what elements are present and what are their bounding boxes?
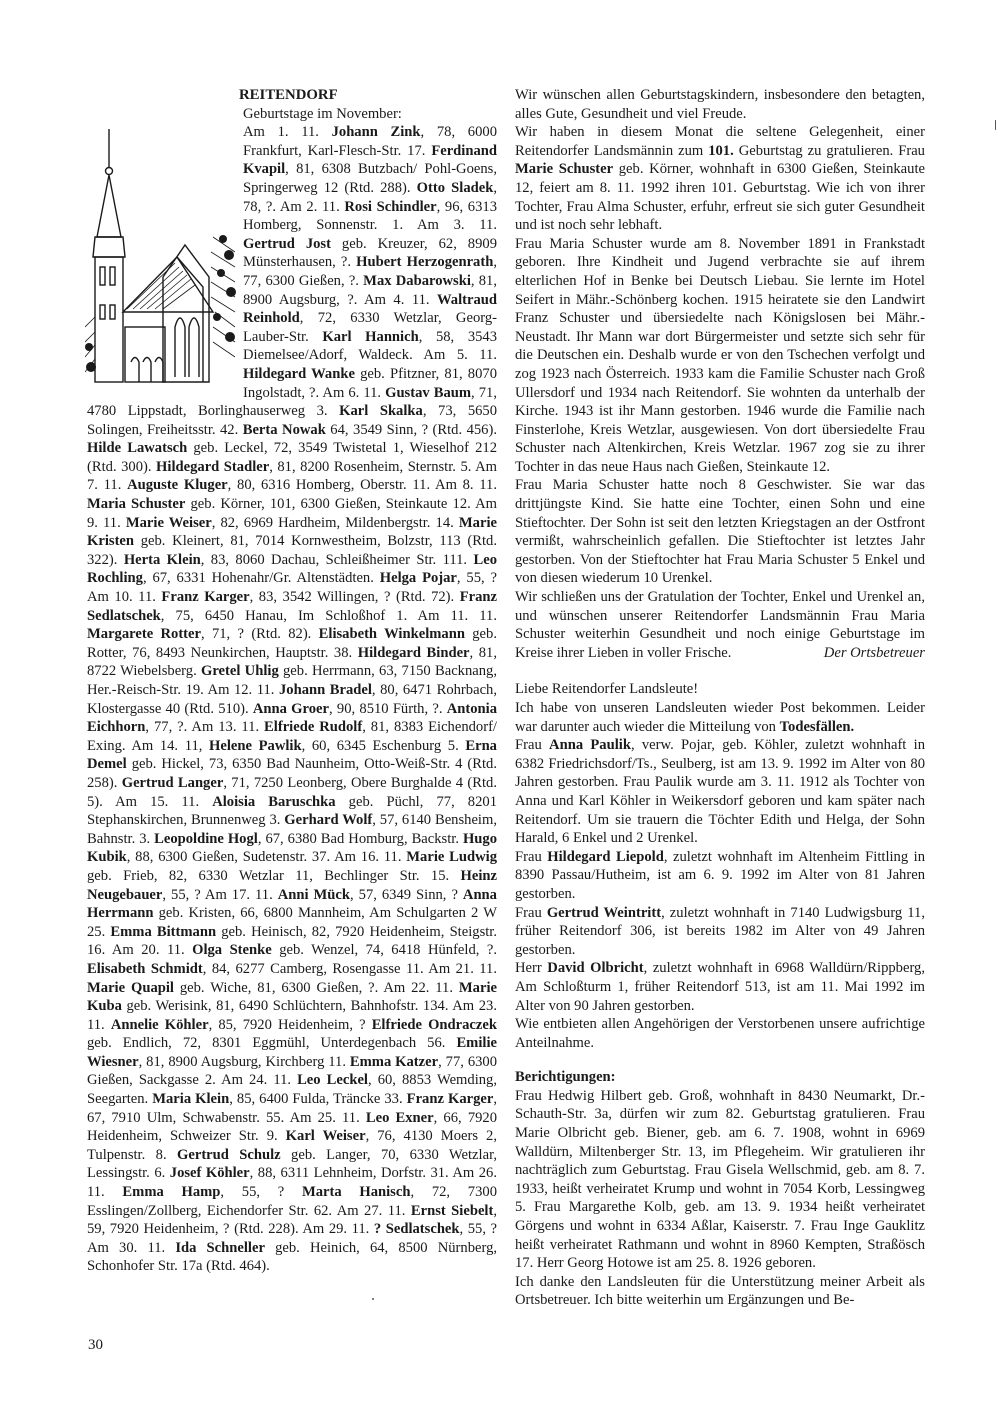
bold-name: Hildegard Wanke	[243, 366, 355, 382]
bold-name: Margarete Rotter	[87, 626, 201, 642]
page-number: 30	[88, 1337, 103, 1354]
bold-name: Todesfällen.	[780, 719, 854, 735]
bold-name: Elisabeth Winkelmann	[319, 626, 465, 642]
right-column: Wir wünschen allen Geburtstagskindern, i…	[515, 86, 925, 1310]
bold-name: Rosi Schindler	[344, 199, 436, 215]
bold-name: Gertrud Schulz	[177, 1147, 281, 1163]
bold-name: Hubert Herzogenrath	[356, 254, 493, 270]
text-run: Liebe Reitendorfer Landsleute!	[515, 681, 698, 697]
bold-name: Hildegard Stadler	[156, 459, 269, 475]
bold-name: Josef Köhler	[170, 1165, 250, 1181]
bold-name: Marta Hanisch	[302, 1184, 411, 1200]
condolences-section: Liebe Reitendorfer Landsleute! Ich habe …	[515, 680, 925, 1052]
paragraph: Herr David Olbricht, zuletzt wohnhaft in…	[515, 959, 925, 1015]
bold-name: Karl Weiser	[286, 1128, 366, 1144]
text-run: geb. Frieb, 82, 6330 Wetzlar 11, Bechlin…	[87, 868, 461, 884]
birthdays-intro: Geburtstage im November:	[87, 105, 497, 124]
bold-name: Emma Hamp	[122, 1184, 220, 1200]
text-run: , 84, 6277 Camberg, Rosengasse 11. Am 21…	[203, 961, 497, 977]
bold-name: Helga Pojar	[380, 570, 457, 586]
bold-name: Elfriede Ondraczek	[372, 1017, 497, 1033]
text-run: Frau Maria Schuster wurde am 8. November…	[515, 236, 925, 475]
paragraph: Frau Gertrud Weintritt, zuletzt wohnhaft…	[515, 904, 925, 960]
bold-name: 101.	[708, 143, 734, 159]
bold-name: Maria Klein	[152, 1091, 229, 1107]
text-run: , 67, 6331 Hohenahr/Gr. Altenstädten.	[143, 570, 380, 586]
bold-name: Olga Stenke	[192, 942, 272, 958]
bold-name: Ernst Siebelt	[411, 1203, 493, 1219]
text-run: Geburtstag zu gratulieren. Frau	[734, 143, 925, 159]
text-run: , 55, ? Am 17. 11.	[162, 887, 277, 903]
paragraph: Frau Hedwig Hilbert geb. Groß, wohnhaft …	[515, 1087, 925, 1273]
text-run: 64, 3549 Sinn, ? (Rtd. 456).	[326, 422, 497, 438]
text-run: Frau Hedwig Hilbert geb. Groß, wohnhaft …	[515, 1088, 925, 1271]
text-run: Ich habe von unseren Landsleuten wieder …	[515, 700, 925, 735]
text-run: Frau	[515, 849, 547, 865]
bold-name: Ida Schneller	[175, 1240, 265, 1256]
text-run: , 81, 8900 Augsburg, Kirchberg 11.	[139, 1054, 350, 1070]
bold-name: Gertrud Weintritt	[547, 905, 661, 921]
text-run: , 90, 8510 Fürth, ?.	[329, 701, 447, 717]
text-run: , 85, 7920 Heidenheim, ?	[209, 1017, 372, 1033]
left-column: REITENDORF	[87, 86, 497, 1276]
bold-name: Johann Bradel	[279, 682, 372, 698]
bold-name: Hildegard Liepold	[547, 849, 664, 865]
text-run: , 67, 6380 Bad Homburg, Backstr.	[258, 831, 463, 847]
bold-name: Berta Nowak	[243, 422, 326, 438]
bold-name: Karl Skalka	[339, 403, 423, 419]
section-heading: REITENDORF	[239, 86, 497, 105]
paragraph: Frau Hildegard Liepold, zuletzt wohnhaft…	[515, 848, 925, 904]
bold-name: Max Dabarowski	[363, 273, 471, 289]
bold-name: Franz Karger	[407, 1091, 494, 1107]
bold-name: Marie Schuster	[515, 161, 613, 177]
paragraph: Ich danke den Landsleuten für die Unters…	[515, 1273, 925, 1310]
text-run: , 77, ?. Am 13. 11.	[145, 719, 264, 735]
bold-name: Elfriede Rudolf	[264, 719, 362, 735]
bold-name: Marie Weiser	[126, 515, 212, 531]
text-run: , 82, 6969 Hardheim, Mildenbergstr. 14.	[212, 515, 459, 531]
bold-name: Otto Sladek	[417, 180, 494, 196]
text-run: , 60, 6345 Eschenburg 5.	[302, 738, 466, 754]
text-run: Frau Maria Schuster hatte noch 8 Geschwi…	[515, 477, 925, 586]
bold-name: David Olbricht	[547, 960, 643, 976]
text-run: Frau	[515, 737, 549, 753]
text-run: Am 1. 11.	[243, 124, 332, 140]
bold-name: Anna Paulik	[549, 737, 631, 753]
bold-name: Gertrud Jost	[243, 236, 331, 252]
paragraph: Frau Anna Paulik, verw. Pojar, geb. Köhl…	[515, 736, 925, 848]
text-run: , 83, 8060 Dachau, Schleißheimer Str. 11…	[201, 552, 474, 568]
bold-name: Emma Katzer	[350, 1054, 438, 1070]
text-run: Herr	[515, 960, 547, 976]
text-run: Frau	[515, 905, 547, 921]
bold-name: Gretel Uhlig	[201, 663, 279, 679]
paragraph: Liebe Reitendorfer Landsleute!	[515, 680, 925, 699]
paragraph: Ich habe von unseren Landsleuten wieder …	[515, 699, 925, 736]
bold-name: Auguste Kluger	[127, 477, 228, 493]
bold-name: Helene Pawlik	[209, 738, 302, 754]
text-run: , verw. Pojar, geb. Köhler, zuletzt wohn…	[515, 737, 925, 846]
text-run: geb. Wiche, 81, 6300 Gießen, ?. Am 22. 1…	[174, 980, 459, 996]
bold-name: Franz Karger	[161, 589, 249, 605]
birthday-article: Wir wünschen allen Geburtstagskindern, i…	[515, 86, 925, 662]
corrections-section: Berichtigungen: Frau Hedwig Hilbert geb.…	[515, 1068, 925, 1310]
bold-name: Leo Exner	[366, 1110, 434, 1126]
text-run: Wie entbieten allen Angehörigen der Vers…	[515, 1016, 925, 1051]
bold-name: Gertrud Langer	[122, 775, 224, 791]
paragraph: Frau Maria Schuster wurde am 8. November…	[515, 235, 925, 477]
text-run: Wir wünschen allen Geburtstagskindern, i…	[515, 87, 925, 122]
bold-name: Leopoldine Hogl	[154, 831, 258, 847]
bold-name: Gerhard Wolf	[284, 812, 372, 828]
church-illustration-icon	[85, 127, 237, 384]
bold-name: Herta Klein	[124, 552, 201, 568]
bold-name: Annelie Köhler	[111, 1017, 209, 1033]
text-run: , 57, 6349 Sinn, ?	[350, 887, 463, 903]
bold-name: Johann Zink	[332, 124, 421, 140]
signature: Der Ortsbetreuer	[824, 644, 925, 663]
scan-speck	[372, 1298, 374, 1300]
text-run: geb. Wenzel, 74, 6418 Hünfeld, ?.	[272, 942, 497, 958]
text-run: Ich danke den Landsleuten für die Unters…	[515, 1274, 925, 1309]
bold-name: Leo Leckel	[297, 1072, 368, 1088]
paragraph: Wir wünschen allen Geburtstagskindern, i…	[515, 86, 925, 123]
bold-name: Gustav Baum	[385, 385, 471, 401]
bold-name: Emma Bittmann	[110, 924, 216, 940]
paragraph: Frau Maria Schuster hatte noch 8 Geschwi…	[515, 476, 925, 588]
text-run: , 75, 6450 Hanau, Im Schloßhof 1. Am 11.…	[161, 608, 497, 624]
bold-name: Elisabeth Schmidt	[87, 961, 203, 977]
text-run: geb. Endlich, 72, 8301 Eggmühl, Unterdeg…	[87, 1035, 456, 1051]
bold-name: Marie Ludwig	[406, 849, 497, 865]
bold-name: Anna Groer	[253, 701, 329, 717]
bold-name: Maria Schuster	[87, 496, 185, 512]
bold-name: Aloisia Baruschka	[212, 794, 335, 810]
bold-name: Hilde Lawatsch	[87, 440, 187, 456]
scan-mark	[995, 120, 996, 130]
text-run: , 85, 6400 Fulda, Träncke 33.	[229, 1091, 406, 1107]
bold-name: Anni Mück	[278, 887, 350, 903]
text-run: , 80, 6316 Homberg, Oberstr. 11. Am 8. 1…	[228, 477, 497, 493]
bold-name: Marie Quapil	[87, 980, 174, 996]
paragraph: Wie entbieten allen Angehörigen der Vers…	[515, 1015, 925, 1052]
text-run: , 55, ?	[220, 1184, 302, 1200]
bold-name: Hildegard Binder	[358, 645, 470, 661]
paragraph: Wir haben in diesem Monat die seltene Ge…	[515, 123, 925, 235]
bold-name: Karl Hannich	[322, 329, 418, 345]
text-run: , 71, ? (Rtd. 82).	[201, 626, 319, 642]
bold-name: ? Sedlatschek	[374, 1221, 460, 1237]
text-run: , 83, 3542 Willingen, ? (Rtd. 72).	[250, 589, 460, 605]
corrections-heading: Berichtigungen:	[515, 1068, 925, 1087]
text-run: , 88, 6300 Gießen, Sudetenstr. 37. Am 16…	[127, 849, 407, 865]
paragraph: Wir schließen uns der Gratulation der To…	[515, 588, 925, 662]
